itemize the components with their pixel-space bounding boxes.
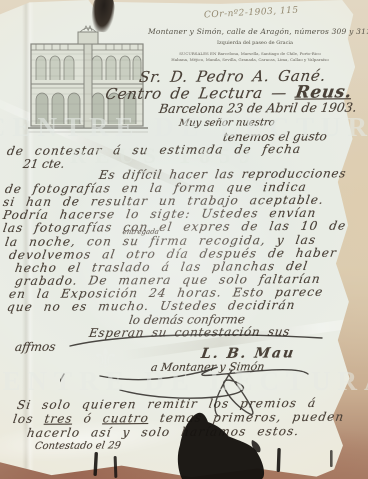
letterhead-branches-2: Habana, Méjico, Manila, Sevilla, Granada… (150, 57, 350, 62)
body-line: que no es mucho. Ustedes decidirán (6, 298, 297, 314)
letterhead-branches-1: SUCURSALES EN Barcelona, Marsella, Santi… (150, 51, 350, 56)
body-line: de contestar á su estimada de fecha (6, 142, 302, 158)
letter-scan-page: COr-nº2-1903, 115 Montaner y Simón, call… (0, 0, 368, 479)
body-line: 21 cte. (22, 157, 66, 171)
salutation: Muy señor nuestro (178, 117, 276, 129)
letterhead-subline: Izquierda del paseo de Gracia (200, 40, 310, 46)
body-line-affmos: affmos (14, 340, 57, 354)
building-engraving (28, 24, 148, 140)
ink-blot (0, 400, 368, 479)
dateline: Barcelona 23 de Abril de 1903. (158, 100, 358, 116)
letterhead-address: Montaner y Simón, calle de Aragón, númer… (148, 27, 364, 36)
